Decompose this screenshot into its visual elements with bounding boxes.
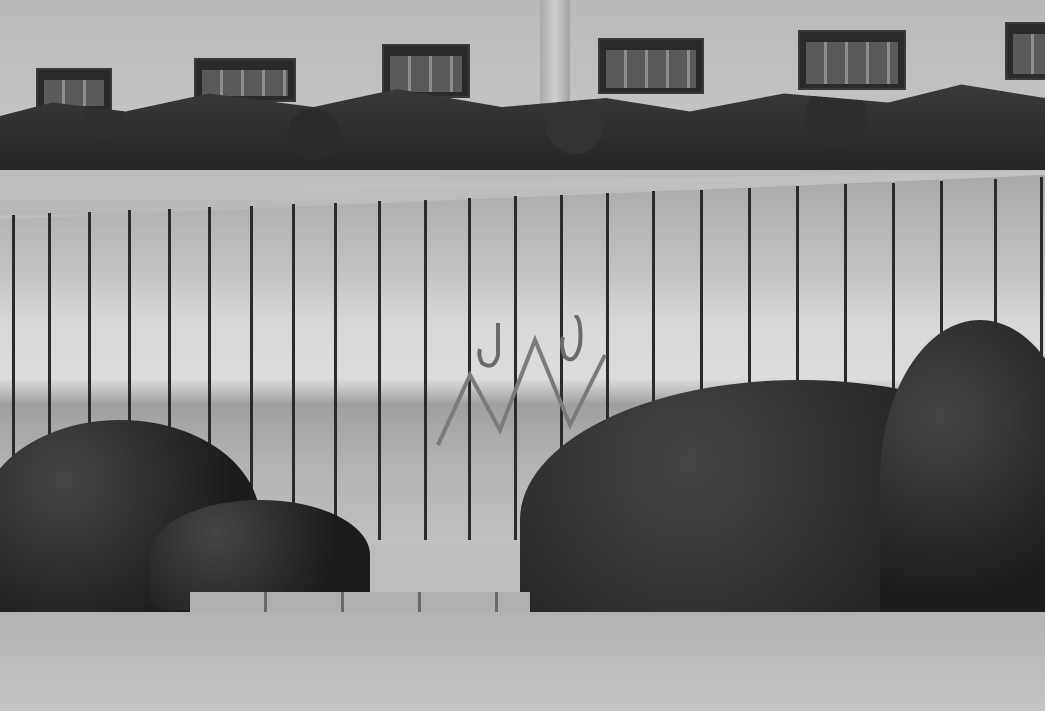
wall-seam bbox=[292, 204, 295, 540]
wall-seam bbox=[378, 201, 381, 540]
curb bbox=[190, 592, 530, 612]
wall-seam bbox=[334, 203, 337, 540]
window bbox=[1005, 22, 1045, 80]
wall-seam bbox=[424, 200, 427, 540]
road bbox=[0, 612, 1045, 711]
photograph: Black-and-white photograph of a concrete… bbox=[0, 0, 1045, 711]
drain-pipe bbox=[540, 0, 570, 110]
window bbox=[598, 38, 704, 94]
window bbox=[798, 30, 906, 90]
